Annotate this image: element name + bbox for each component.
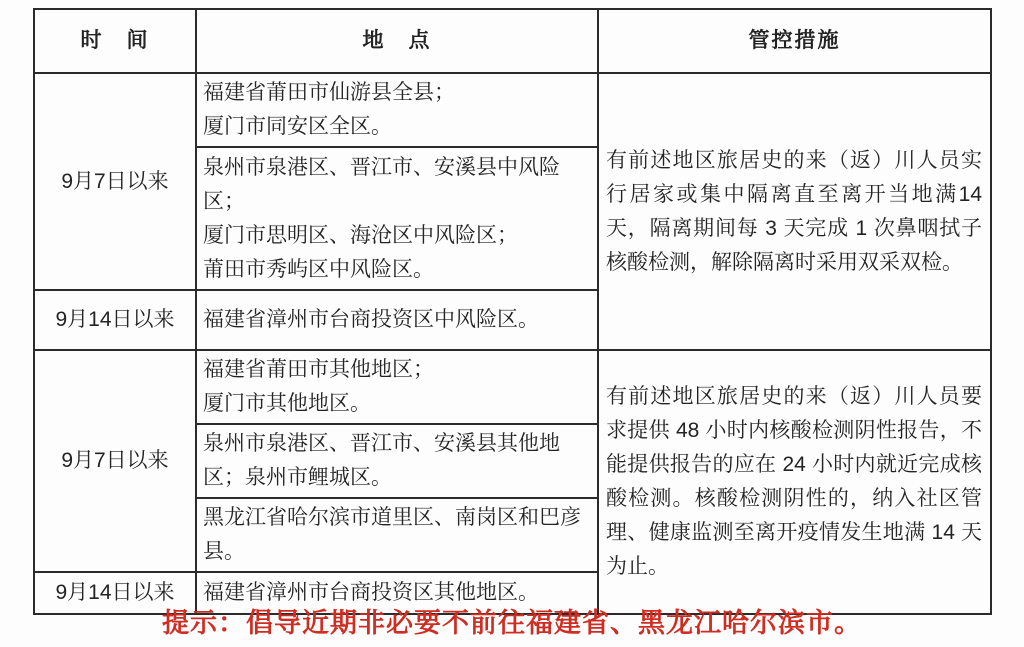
location-cell-harbin: 黑龙江省哈尔滨市道里区、南岗区和巴彦县。 bbox=[196, 498, 598, 572]
header-time: 时 间 bbox=[34, 9, 196, 73]
advisory-note: 提示：倡导近期非必要不前往福建省、黑龙江哈尔滨市。 bbox=[0, 601, 1024, 640]
time-cell-group1-sep14: 9月14日以来 bbox=[34, 290, 196, 350]
measure-cell-quarantine: 有前述地区旅居史的来（返）川人员实行居家或集中隔离直至离开当地满14天，隔离期间… bbox=[598, 73, 991, 350]
table-row: 9月7日以来 福建省莆田市其他地区； 厦门市其他地区。 有前述地区旅居史的来（返… bbox=[34, 350, 991, 424]
location-cell-putian-other: 福建省莆田市其他地区； 厦门市其他地区。 bbox=[196, 350, 598, 424]
table-header-row: 时 间 地 点 管控措施 bbox=[34, 9, 991, 73]
measure-cell-testing: 有前述地区旅居史的来（返）川人员要求提供 48 小时内核酸检测阴性报告，不能提供… bbox=[598, 350, 991, 614]
notice-page: 时 间 地 点 管控措施 9月7日以来 福建省莆田市仙游县全县； 厦门市同安区全… bbox=[0, 0, 1024, 647]
location-cell-quanzhou-mid-risk: 泉州市泉港区、晋江市、安溪县中风险区； 厦门市思明区、海沧区中风险区； 莆田市秀… bbox=[196, 147, 598, 290]
location-cell-putian-xianyou: 福建省莆田市仙游县全县； 厦门市同安区全区。 bbox=[196, 73, 598, 147]
location-cell-zhangzhou-mid-risk: 福建省漳州市台商投资区中风险区。 bbox=[196, 290, 598, 350]
table-row: 9月7日以来 福建省莆田市仙游县全县； 厦门市同安区全区。 有前述地区旅居史的来… bbox=[34, 73, 991, 147]
time-cell-group1-sep7: 9月7日以来 bbox=[34, 73, 196, 290]
header-location: 地 点 bbox=[196, 9, 598, 73]
location-cell-quanzhou-other: 泉州市泉港区、晋江市、安溪县其他地区；泉州市鲤城区。 bbox=[196, 424, 598, 498]
header-measures: 管控措施 bbox=[598, 9, 991, 73]
time-cell-group2-sep7: 9月7日以来 bbox=[34, 350, 196, 572]
control-measures-table: 时 间 地 点 管控措施 9月7日以来 福建省莆田市仙游县全县； 厦门市同安区全… bbox=[33, 8, 992, 615]
